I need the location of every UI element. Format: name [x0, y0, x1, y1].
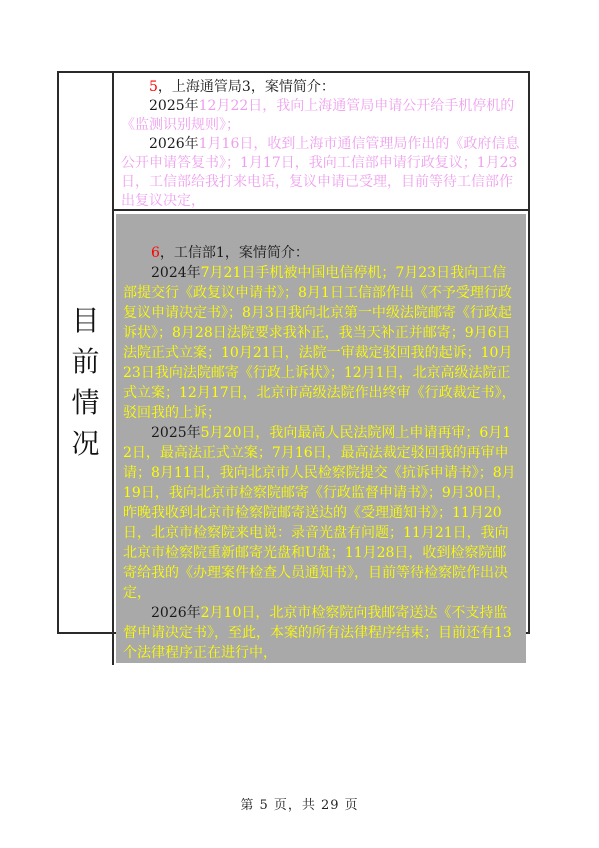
row-header-char: 况	[71, 430, 99, 458]
text-segment: 7月21日手机被中国电信停机；7月23日我向工信部提交行《政复议申请书》；8月1…	[123, 265, 516, 421]
text-segment: 2024年	[151, 265, 201, 281]
text-segment: 2026年	[149, 136, 199, 152]
text-segment: 2025年	[149, 98, 199, 114]
text-segment: 5月20日，我向最高人民法院网上申请再审；6月12日，最高法正式立案；7月16日…	[123, 425, 516, 601]
paragraph: 2026年2月10日，北京市检察院向我邮寄送达《不支持监督申请决定书》，至此，本…	[123, 603, 519, 663]
text-segment: 2026年	[151, 605, 201, 621]
status-table: 目前情况 5，上海通管局3，案情简介：2025年12月22日，我向上海通管局申请…	[57, 71, 530, 634]
text-segment: 5	[149, 79, 158, 95]
case-cell-shanghai-tongguanju: 5，上海通管局3，案情简介：2025年12月22日，我向上海通管局申请公开给手机…	[114, 73, 528, 211]
case-cell-gongxinbu-shaded-area: 6，工信部1，案情简介：2024年7月21日手机被中国电信停机；7月23日我向工…	[116, 214, 526, 663]
case-cell-gongxinbu: 6，工信部1，案情简介：2024年7月21日手机被中国电信停机；7月23日我向工…	[114, 211, 528, 665]
row-header-char: 前	[71, 348, 99, 376]
paragraph: 5，上海通管局3，案情简介：	[121, 78, 521, 97]
text-segment: 6	[151, 245, 160, 261]
row-header-current-situation: 目前情况	[59, 73, 114, 665]
row-header-char: 目	[71, 307, 99, 335]
text-segment: ，工信部1，案情简介：	[160, 245, 309, 261]
page-number-footer: 第 5 页，共 29 页	[0, 794, 599, 813]
text-segment: 2025年	[151, 425, 201, 441]
paragraph: 2024年7月21日手机被中国电信停机；7月23日我向工信部提交行《政复议申请书…	[123, 263, 519, 423]
row-header-char: 情	[71, 389, 99, 417]
paragraph: 2025年5月20日，我向最高人民法院网上申请再审；6月12日，最高法正式立案；…	[123, 423, 519, 603]
paragraph: 6，工信部1，案情简介：	[123, 243, 519, 263]
paragraph: 2025年12月22日，我向上海通管局申请公开给手机停机的《监测识别规则》；	[121, 97, 521, 135]
text-segment: ，上海通管局3，案情简介：	[158, 79, 335, 95]
paragraph: 2026年1月16日，收到上海市通信管理局作出的《政府信息公开申请答复书》；1月…	[121, 135, 521, 211]
